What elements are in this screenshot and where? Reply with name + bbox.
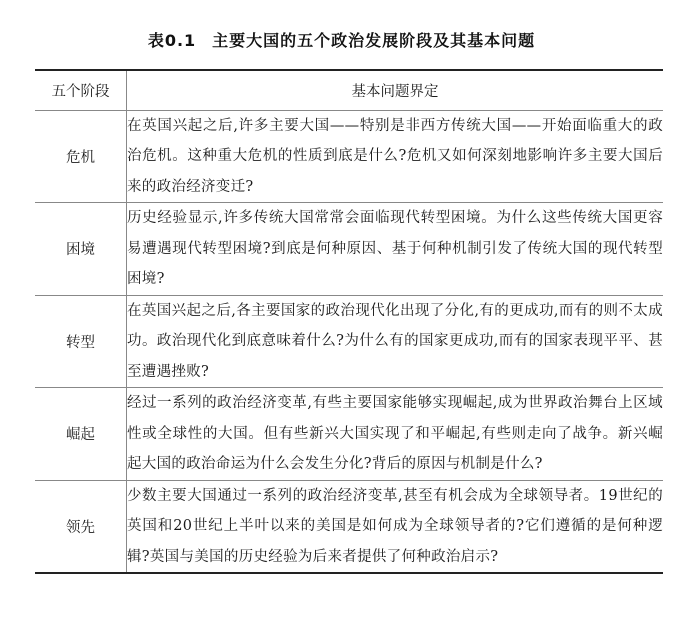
table-row: 领先 少数主要大国通过一系列的政治经济变革,甚至有机会成为全球领导者。19世纪的… [35,480,663,573]
description-cell: 在英国兴起之后,各主要国家的政治现代化出现了分化,有的更成功,而有的则不太成功。… [127,295,664,388]
description-cell: 在英国兴起之后,许多主要大国——特别是非西方传统大国——开始面临重大的政治危机。… [127,110,664,203]
table-row: 困境 历史经验显示,许多传统大国常常会面临现代转型困境。为什么这些传统大国更容易… [35,203,663,296]
table-number: 表0.1 [148,31,196,50]
table-row: 危机 在英国兴起之后,许多主要大国——特别是非西方传统大国——开始面临重大的政治… [35,110,663,203]
stage-cell: 领先 [35,480,127,573]
stages-table: 五个阶段 基本问题界定 危机 在英国兴起之后,许多主要大国——特别是非西方传统大… [35,69,663,574]
stage-cell: 崛起 [35,388,127,481]
stage-cell: 困境 [35,203,127,296]
description-cell: 经过一系列的政治经济变革,有些主要国家能够实现崛起,成为世界政治舞台上区域性或全… [127,388,664,481]
table-caption: 表0.1主要大国的五个政治发展阶段及其基本问题 [0,28,683,51]
table-header-row: 五个阶段 基本问题界定 [35,70,663,110]
stage-cell: 转型 [35,295,127,388]
stage-cell: 危机 [35,110,127,203]
header-definition: 基本问题界定 [127,70,664,110]
description-cell: 历史经验显示,许多传统大国常常会面临现代转型困境。为什么这些传统大国更容易遭遇现… [127,203,664,296]
table-row: 转型 在英国兴起之后,各主要国家的政治现代化出现了分化,有的更成功,而有的则不太… [35,295,663,388]
table-title: 主要大国的五个政治发展阶段及其基本问题 [212,31,535,50]
table-row: 崛起 经过一系列的政治经济变革,有些主要国家能够实现崛起,成为世界政治舞台上区域… [35,388,663,481]
description-cell: 少数主要大国通过一系列的政治经济变革,甚至有机会成为全球领导者。19世纪的英国和… [127,480,664,573]
header-stage: 五个阶段 [35,70,127,110]
